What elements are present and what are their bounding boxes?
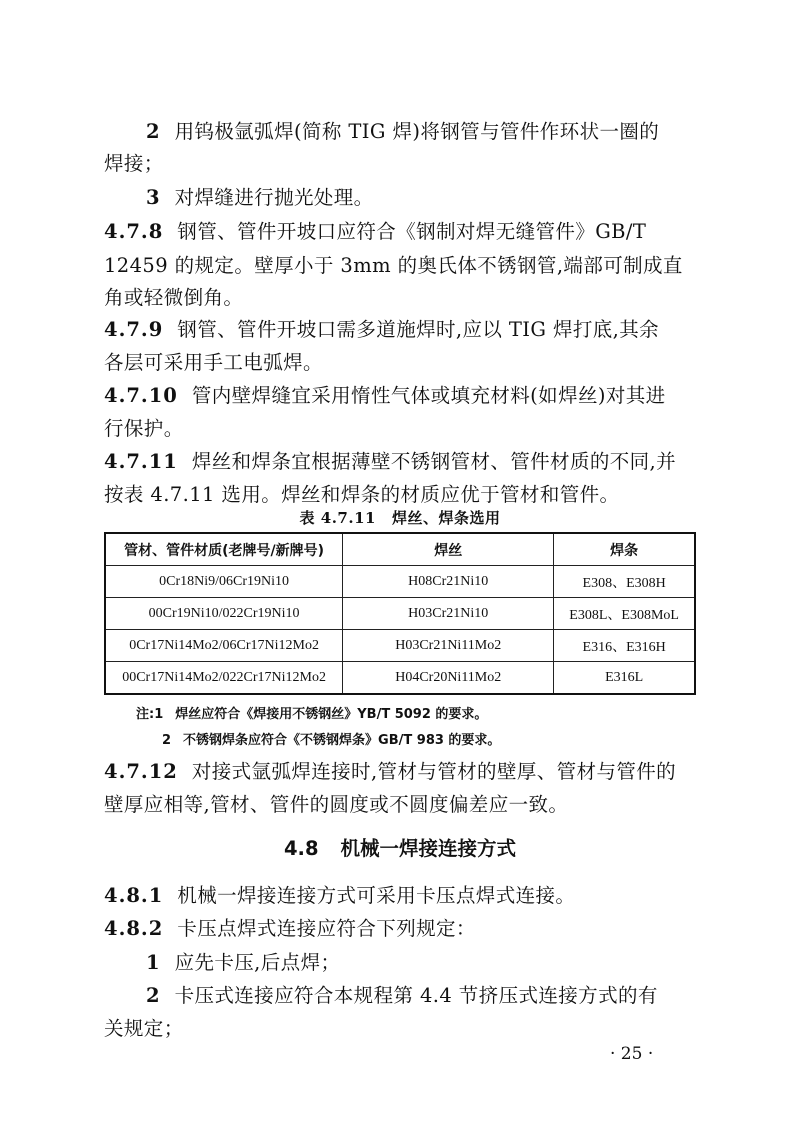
header-electrode: 焊条 [554,533,695,566]
text-line: 12459 的规定。壁厚小于 3mm 的奥氏体不锈钢管,端部可制成直 [104,254,704,278]
text-line: 3对焊缝进行抛光处理。 [146,186,746,210]
cell-wire: H03Cr21Ni10 [343,598,554,630]
paragraph-text: 用钨极氩弧焊(简称 TIG 焊)将钢管与管件作环状一圈的 [175,120,660,143]
note-prefix: 2 [162,733,171,748]
section-heading: 4.8机械一焊接连接方式 [0,837,800,861]
paragraph-text: 对接式氩弧焊连接时,管材与管材的壁厚、管材与管件的 [192,760,676,783]
table-row: 00Cr19Ni10/022Cr19Ni10 H03Cr21Ni10 E308L… [105,598,695,630]
text-line: 关规定； [104,1017,704,1041]
clause-4-7-10: 4.7.10管内壁焊缝宜采用惰性气体或填充材料(如焊丝)对其进 [104,384,704,408]
clause-4-7-9: 4.7.9钢管、管件开坡口需多道施焊时,应以 TIG 焊打底,其余 [104,318,704,342]
item-number: 2 [146,984,161,1008]
clause-number: 4.7.11 [104,450,178,474]
cell-material: 00Cr19Ni10/022Cr19Ni10 [105,598,343,630]
clause-number: 4.7.10 [104,384,178,408]
item-number: 2 [146,120,161,144]
text-line: 角或轻微倒角。 [104,286,704,310]
clause-number: 4.7.12 [104,760,178,784]
text-line: 焊接； [104,152,704,176]
section-title-text: 机械一焊接连接方式 [341,837,517,860]
paragraph-text: 钢管、管件开坡口应符合《钢制对焊无缝管件》GB/T [177,220,646,243]
clause-4-7-11: 4.7.11焊丝和焊条宜根据薄壁不锈钢管材、管件材质的不同,并 [104,450,704,474]
item-number: 3 [146,186,161,210]
caption-title: 焊丝、焊条选用 [392,509,501,527]
table-caption: 表 4.7.11焊丝、焊条选用 [0,508,800,528]
cell-wire: H03Cr21Ni11Mo2 [343,630,554,662]
header-wire: 焊丝 [343,533,554,566]
paragraph-text: 对焊缝进行抛光处理。 [175,186,374,209]
paragraph-text: 焊丝和焊条宜根据薄壁不锈钢管材、管件材质的不同,并 [192,450,676,473]
cell-material: 0Cr17Ni14Mo2/06Cr17Ni12Mo2 [105,630,343,662]
text-line: 2用钨极氩弧焊(简称 TIG 焊)将钢管与管件作环状一圈的 [146,120,746,144]
clause-number: 4.8.1 [104,884,163,908]
cell-electrode: E308L、E308MoL [554,598,695,630]
clause-4-8-2: 4.8.2卡压点焊式连接应符合下列规定： [104,917,704,941]
cell-material: 0Cr18Ni9/06Cr19Ni10 [105,566,343,598]
text-line: 行保护。 [104,417,704,441]
section-number: 4.8 [284,837,319,860]
page-number: · 25 · [610,1044,653,1064]
text-line: 按表 4.7.11 选用。焊丝和焊条的材质应优于管材和管件。 [104,483,704,507]
paragraph-text: 钢管、管件开坡口需多道施焊时,应以 TIG 焊打底,其余 [177,318,659,341]
list-item: 1应先卡压,后点焊； [146,951,746,975]
cell-electrode: E308、E308H [554,566,695,598]
item-number: 1 [146,951,161,975]
note-text: 不锈钢焊条应符合《不锈钢焊条》GB/T 983 的要求。 [183,733,500,748]
text-line: 各层可采用手工电弧焊。 [104,351,704,375]
clause-4-7-12: 4.7.12对接式氩弧焊连接时,管材与管材的壁厚、管材与管件的 [104,760,704,784]
clause-4-7-8: 4.7.8钢管、管件开坡口应符合《钢制对焊无缝管件》GB/T [104,220,704,244]
table-header-row: 管材、管件材质(老牌号/新牌号) 焊丝 焊条 [105,533,695,566]
welding-material-table: 管材、管件材质(老牌号/新牌号) 焊丝 焊条 0Cr18Ni9/06Cr19Ni… [104,532,696,695]
clause-number: 4.7.9 [104,318,163,342]
note-text: 焊丝应符合《焊接用不锈钢丝》YB/T 5092 的要求。 [175,707,487,722]
cell-wire: H08Cr21Ni10 [343,566,554,598]
cell-wire: H04Cr20Ni11Mo2 [343,662,554,695]
paragraph-text: 卡压式连接应符合本规程第 4.4 节挤压式连接方式的有 [175,984,658,1007]
clause-number: 4.8.2 [104,917,163,941]
cell-material: 00Cr17Ni14Mo2/022Cr17Ni12Mo2 [105,662,343,695]
cell-electrode: E316L [554,662,695,695]
table-row: 0Cr18Ni9/06Cr19Ni10 H08Cr21Ni10 E308、E30… [105,566,695,598]
paragraph-text: 卡压点焊式连接应符合下列规定： [177,917,476,940]
table-row: 0Cr17Ni14Mo2/06Cr17Ni12Mo2 H03Cr21Ni11Mo… [105,630,695,662]
text-line: 壁厚应相等,管材、管件的圆度或不圆度偏差应一致。 [104,793,704,817]
header-material: 管材、管件材质(老牌号/新牌号) [105,533,343,566]
paragraph-text: 机械一焊接连接方式可采用卡压点焊式连接。 [177,884,575,907]
caption-number: 表 4.7.11 [300,509,376,527]
table-note-2: 2不锈钢焊条应符合《不锈钢焊条》GB/T 983 的要求。 [162,732,500,750]
list-item: 2卡压式连接应符合本规程第 4.4 节挤压式连接方式的有 [146,984,746,1008]
clause-4-8-1: 4.8.1机械一焊接连接方式可采用卡压点焊式连接。 [104,884,704,908]
table-row: 00Cr17Ni14Mo2/022Cr17Ni12Mo2 H04Cr20Ni11… [105,662,695,695]
clause-number: 4.7.8 [104,220,163,244]
table-note-1: 注:1焊丝应符合《焊接用不锈钢丝》YB/T 5092 的要求。 [136,706,487,724]
paragraph-text: 应先卡压,后点焊； [175,951,341,974]
note-prefix: 注:1 [136,707,163,722]
paragraph-text: 管内壁焊缝宜采用惰性气体或填充材料(如焊丝)对其进 [192,384,666,407]
cell-electrode: E316、E316H [554,630,695,662]
